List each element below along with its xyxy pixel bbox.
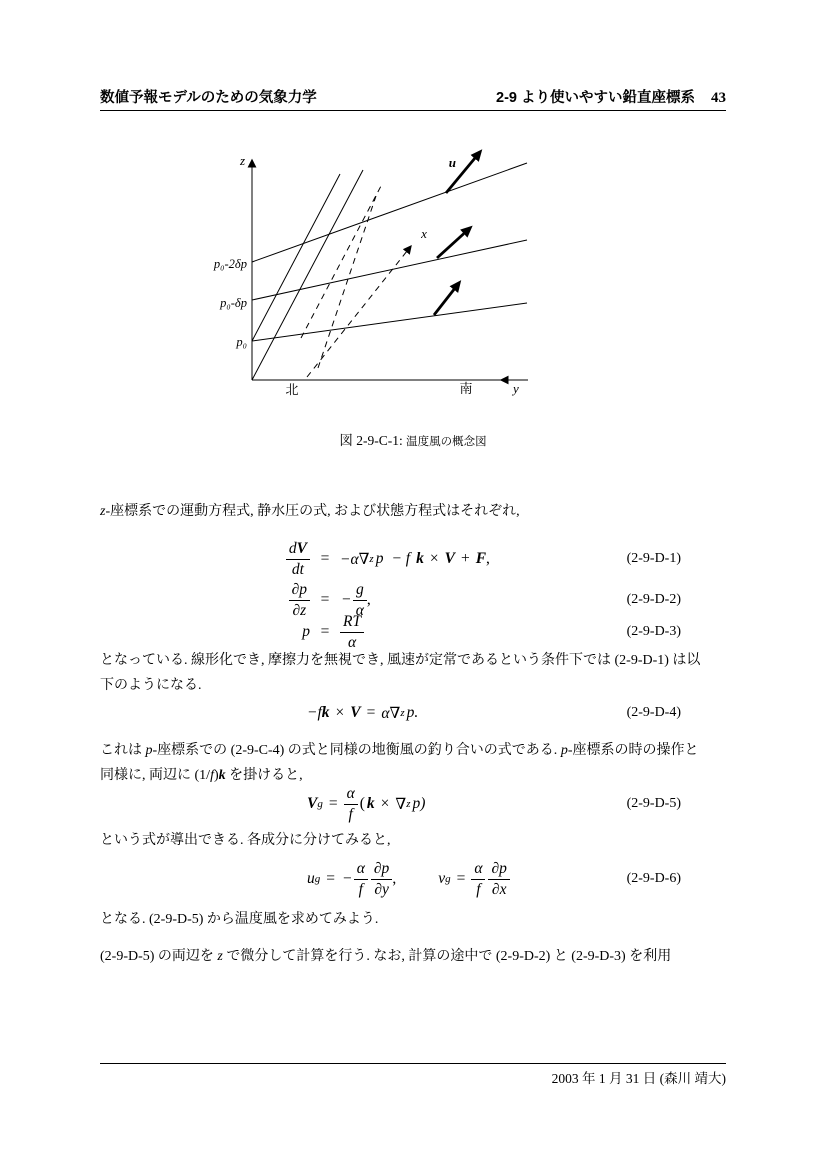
math-token: k [219,768,226,783]
equation-number: (2-9-D-4) [627,705,681,721]
math-token: ∂y [371,880,392,899]
math-token: V [350,704,360,722]
figure-caption: 図 2-9-C-1: 温度風の概念図 [100,429,726,449]
math-token: −α∇ [340,550,369,569]
math-token: V [307,795,317,813]
text-run: (2-9-D-5) の両辺を [100,949,217,964]
north-label: 北 [285,382,298,397]
math-token: p [146,743,153,758]
isobar-p0-2dp [252,163,527,262]
equation-number: (2-9-D-1) [627,551,681,567]
math-token: dt [286,560,310,579]
math-token: , [486,550,490,568]
dashed-line-2 [318,196,376,368]
thermal-wind-figure: z y x u 北 南 p₀ p₀-δp p₀-2δp [205,145,550,405]
p0-2dp-label: p₀-2δp [213,257,247,271]
math-token: −f [307,704,322,722]
paragraph-4: という式が導出できる. 各成分に分けてみると, [100,828,740,853]
z-axis-label: z [239,153,245,168]
paragraph-1: z-座標系での運動方程式, 静水圧の式, および状態方程式はそれぞれ, [100,499,740,524]
paragraph-3: これは p-座標系での (2-9-C-4) の式と同様の地衡風の釣り合いの式であ… [100,738,740,788]
equation-number: (2-9-D-3) [627,624,681,640]
page-header: 数値予報モデルのための気象力学 2-9 より使いやすい鉛直座標系 43 [100,86,726,107]
math-token: F [476,550,486,568]
math-token: k [367,795,375,813]
math-token: α [354,860,368,880]
equals-sign: = [310,550,340,568]
document-page: 数値予報モデルのための気象力学 2-9 より使いやすい鉛直座標系 43 [0,0,826,1169]
eq4-body: −fk ×V =α∇zp. [307,704,420,723]
math-token: α [344,785,358,805]
text-run: となっている. 線形化でき, 摩擦力を無視でき, 風速が定常であるという条件下で… [100,648,740,673]
equals-sign: = [326,870,335,888]
math-token: ∂p [488,860,509,880]
fraction: RT α [340,613,364,652]
equals-sign: = [310,623,340,641]
math-token: d [289,540,297,557]
math-token: p [376,550,384,568]
figure-caption-label: 図 2-9-C-1: [339,433,402,448]
eq5-body: Vg = α f (k ×∇zp) [307,785,427,824]
math-token: ( [360,795,365,813]
equation-number: (2-9-D-2) [627,592,681,608]
math-subscript: g [445,873,451,885]
p0-dp-label: p₀-δp [219,296,247,310]
eq6-body: ug =− α f ∂p ∂y , vg = α f ∂p ∂x [307,860,510,899]
math-subscript: z [369,553,373,565]
header-left-title: 数値予報モデルのための気象力学 [100,86,317,107]
text-run: -座標系での (2-9-C-4) の式と同様の地衡風の釣り合いの式である. [153,743,561,758]
equation-number: (2-9-D-6) [627,871,681,887]
math-subscript: z [400,707,404,719]
header-section-title: 2-9 より使いやすい鉛直座標系 [496,86,695,107]
plus-sign: + [461,550,470,568]
equation-number: (2-9-D-5) [627,796,681,812]
paragraph-5: となる. (2-9-D-5) から温度風を求めてみよう. [100,907,740,932]
math-token: α∇ [381,704,400,723]
text-run: となる. (2-9-D-5) から温度風を求めてみよう. [100,912,378,927]
dashed-line-1 [301,186,381,338]
footer-date: 2003 年 1 月 31 日 (森川 靖大) [100,1067,726,1087]
eq1-rhs: −α∇zp − fk ×V +F, [340,550,490,569]
x-axis-label: x [420,226,427,241]
text-run: で微分して計算を行う. なお, 計算の途中で (2-9-D-2) と (2-9-… [223,949,671,964]
math-token: V [445,550,455,568]
math-token: f [344,805,358,824]
math-token: ∂p [371,860,392,880]
fraction: ∂p ∂x [488,860,509,899]
eq3-lhs: p [100,623,310,641]
math-token: RT [340,613,364,633]
math-token: u [307,870,315,888]
fraction: dV dt [286,540,310,579]
header-right: 2-9 より使いやすい鉛直座標系 43 [496,86,726,107]
math-token: α [471,860,485,880]
math-token: p) [413,795,426,813]
minus-sign: − [342,591,351,609]
math-token: , [367,591,371,609]
equals-sign: = [457,870,466,888]
paragraph-6: (2-9-D-5) の両辺を z で微分して計算を行う. なお, 計算の途中で … [100,944,740,969]
text-run: これは [100,743,146,758]
eq3-rhs: RT α [340,613,364,652]
isobar-p0 [252,303,527,341]
math-token: p [561,743,568,758]
text-run: 同様に, 両辺に (1/ [100,768,210,783]
math-token: k [416,550,424,568]
equation-2-9-D-6: ug =− α f ∂p ∂y , vg = α f ∂p ∂x (2-9-D- [100,861,681,897]
times-sign: × [336,704,345,722]
text-run: という式が導出できる. 各成分に分けてみると, [100,833,391,848]
math-token: v [438,870,445,888]
text-run: を掛けると, [226,768,303,783]
times-sign: × [381,795,390,813]
wind-vector-low [434,283,459,315]
p0-label: p₀ [235,335,247,349]
fraction: α f [471,860,485,899]
footer-rule [100,1063,726,1064]
isobar-p0-dp [252,240,527,300]
equals-sign: = [329,795,338,813]
math-token: f [354,880,368,899]
text-run: -座標系の時の操作と [568,743,699,758]
math-token: g [353,581,367,601]
math-token: ∂x [488,880,509,899]
x-axis-dashed-arrow [307,246,411,377]
times-sign: × [430,550,439,568]
paragraph-2: となっている. 線形化でき, 摩擦力を無視でき, 風速が定常であるという条件下で… [100,648,740,698]
math-token: f [471,880,485,899]
text-run: -座標系での運動方程式, 静水圧の式, および状態方程式はそれぞれ, [105,504,519,519]
minus-sign: − [343,870,352,888]
equals-sign: = [310,591,340,609]
south-label: 南 [459,381,472,396]
math-token: − f [391,550,410,568]
equation-2-9-D-4: −fk ×V =α∇zp. (2-9-D-4) [100,700,681,726]
fraction: α f [344,785,358,824]
equation-2-9-D-5: Vg = α f (k ×∇zp) (2-9-D-5) [100,786,681,822]
math-token: V [297,540,307,557]
math-token: , [392,870,396,888]
math-token: p. [407,704,419,722]
header-rule [100,110,726,111]
equation-2-9-D-1: dV dt = −α∇zp − fk ×V +F, (2-9-D-1) [100,538,681,580]
math-subscript: g [317,798,323,810]
text-run: 下のようになる. [100,673,740,698]
fraction: α f [354,860,368,899]
math-token: ∇ [395,795,406,814]
equation-2-9-D-3: p = RT α (2-9-D-3) [100,613,681,651]
math-token: k [322,704,330,722]
math-token: p [302,623,310,641]
equals-sign: = [367,704,376,722]
eq1-lhs: dV dt [100,540,310,579]
math-token: ∂p [289,581,310,601]
text-line: これは p-座標系での (2-9-C-4) の式と同様の地衡風の釣り合いの式であ… [100,738,740,763]
wind-u-label: u [449,155,456,170]
fraction: ∂p ∂y [371,860,392,899]
slant-line-origin [252,170,363,380]
math-subscript: z [406,798,410,810]
header-page-number: 43 [711,90,726,107]
math-subscript: g [315,873,321,885]
y-axis-label: y [511,381,519,396]
figure-caption-text: 温度風の概念図 [406,436,487,448]
